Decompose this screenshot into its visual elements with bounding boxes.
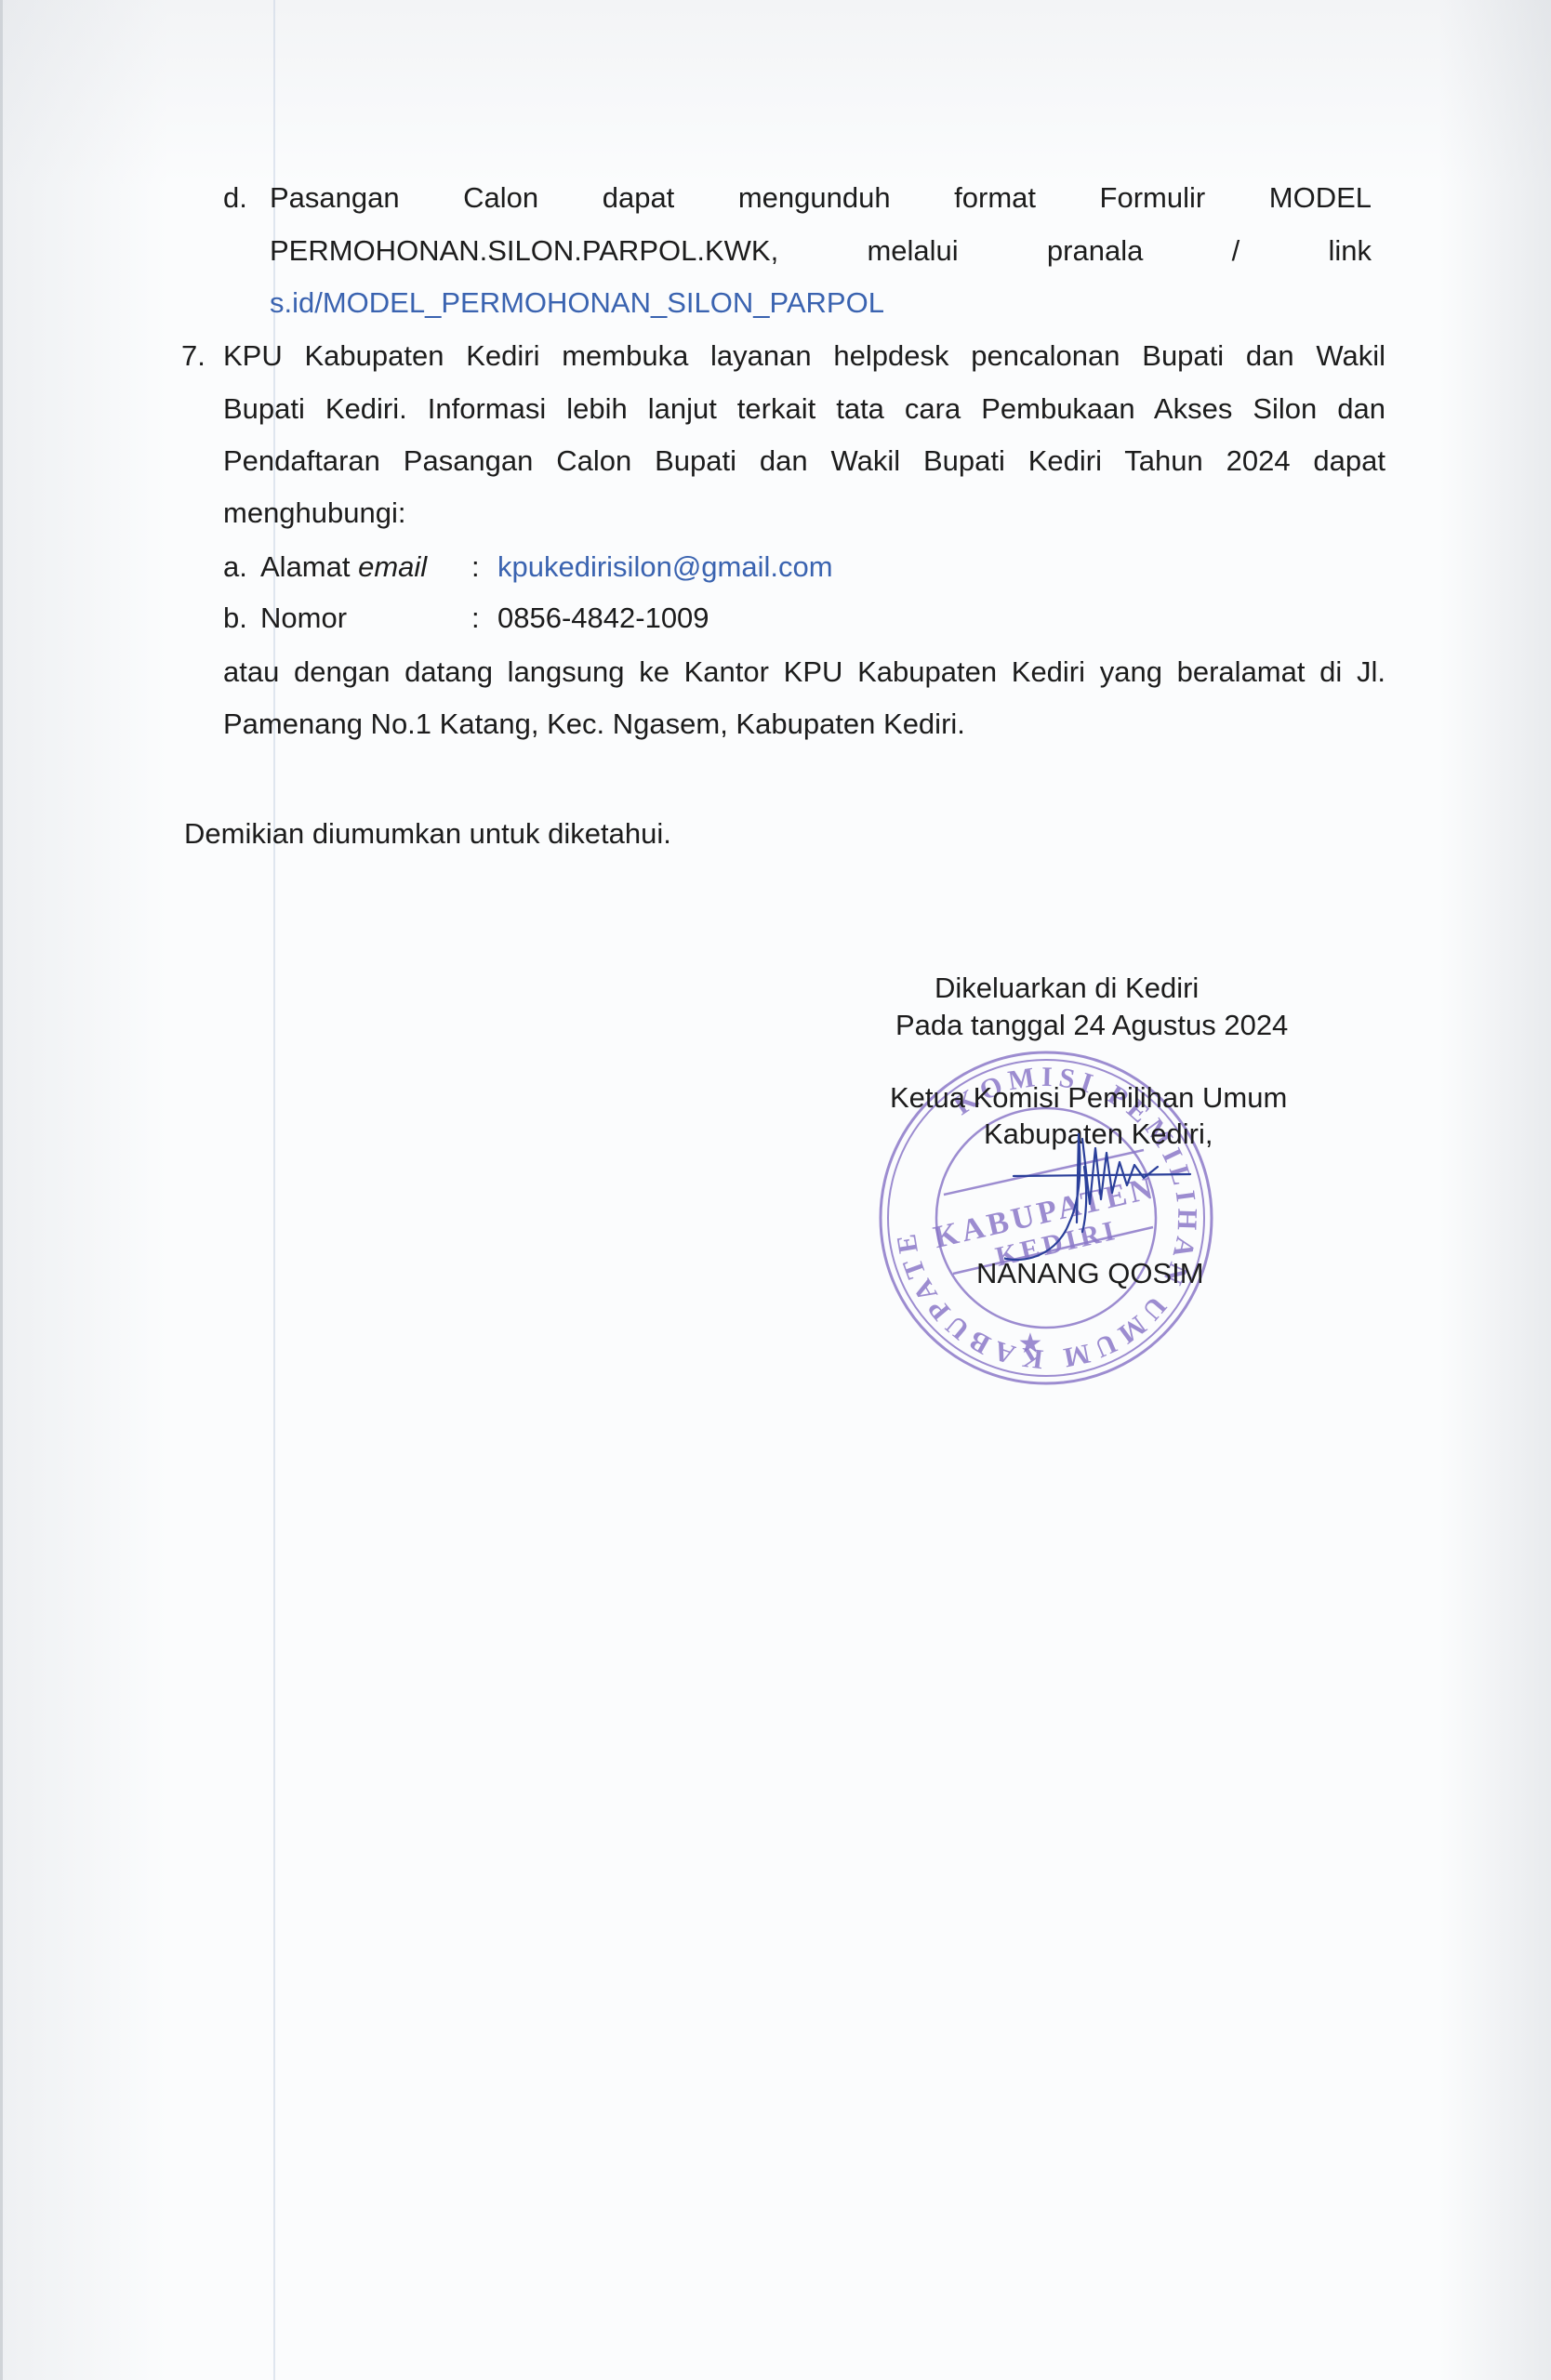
scan-shadow-top — [0, 0, 1551, 186]
contact-separator: : — [471, 550, 480, 584]
issued-at: Dikeluarkan di Kediri — [935, 972, 1199, 1005]
scan-shadow-left — [0, 0, 167, 2380]
item-7-line-3: Pendaftaran Pasangan Calon Bupati dan Wa… — [223, 444, 1385, 478]
item-7-line-2: Bupati Kediri. Informasi lebih lanjut te… — [223, 392, 1385, 426]
closing-statement: Demikian diumumkan untuk diketahui. — [184, 817, 671, 851]
contact-marker: b. — [223, 602, 247, 635]
phone-number: 0856-4842-1009 — [497, 602, 709, 635]
handwritten-signature — [1004, 1111, 1227, 1353]
address-line-1: atau dengan datang langsung ke Kantor KP… — [223, 655, 1385, 689]
contact-separator: : — [471, 602, 480, 635]
contact-marker: a. — [223, 550, 247, 584]
list-marker: d. — [223, 181, 247, 215]
item-d-line-2: PERMOHONAN.SILON.PARPOL.KWK, melalui pra… — [270, 234, 1372, 268]
address-line-2: Pamenang No.1 Katang, Kec. Ngasem, Kabup… — [223, 707, 965, 741]
silon-form-link[interactable]: s.id/MODEL_PERMOHONAN_SILON_PARPOL — [270, 286, 884, 320]
email-link[interactable]: kpukedirisilon@gmail.com — [497, 550, 833, 584]
item-7-line-1: KPU Kabupaten Kediri membuka layanan hel… — [223, 339, 1385, 373]
scan-shadow-right — [1439, 0, 1551, 2380]
item-7-line-4: menghubungi: — [223, 496, 406, 530]
contact-label: Alamat email — [260, 550, 427, 584]
list-marker: 7. — [181, 339, 205, 373]
position-line-1: Ketua Komisi Pemilihan Umum — [890, 1081, 1287, 1115]
contact-label: Nomor — [260, 602, 347, 635]
issued-date: Pada tanggal 24 Agustus 2024 — [895, 1009, 1288, 1042]
item-d-line-1: Pasangan Calon dapat mengunduh format Fo… — [270, 181, 1372, 215]
